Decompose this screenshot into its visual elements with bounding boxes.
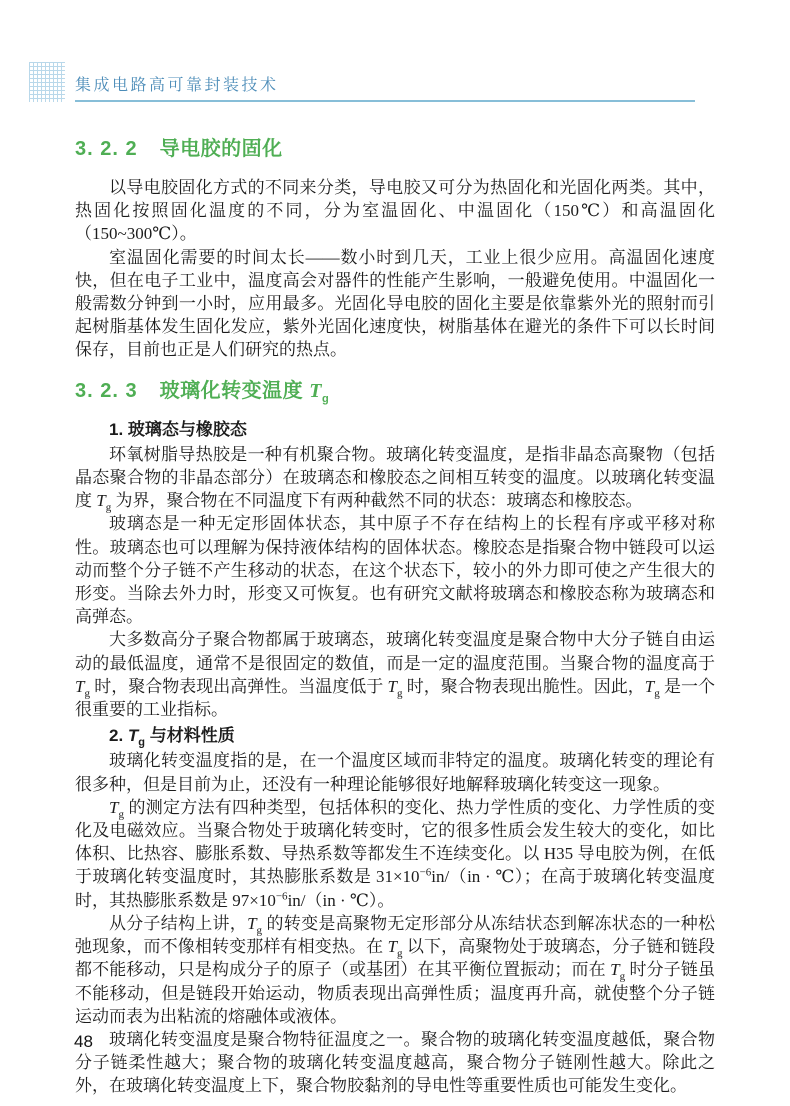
- header-rule: [75, 100, 695, 102]
- section-title: 玻璃化转变温度 Tg: [160, 380, 330, 402]
- paragraph: 玻璃化转变温度指的是，在一个温度区域而非特定的温度。玻璃化转变的理论有很多种，但…: [75, 749, 715, 795]
- paragraph: 室温固化需要的时间太长——数小时到几天，工业上很少应用。高温固化速度快，但在电子…: [75, 246, 715, 362]
- section-title: 导电胶的固化: [160, 138, 283, 160]
- section-number: 3. 2. 2: [75, 138, 138, 160]
- page-number: 48: [74, 1032, 93, 1052]
- subsection-heading: 1. 玻璃态与橡胶态: [75, 418, 715, 441]
- section-heading-322: 3. 2. 2 导电胶的固化: [75, 132, 715, 161]
- subsection-heading: 2. Tg 与材料性质: [75, 724, 715, 747]
- paragraph: 玻璃化转变温度是聚合物特征温度之一。聚合物的玻璃化转变温度越低，聚合物分子链柔性…: [75, 1028, 715, 1098]
- running-title: 集成电路高可靠封装技术: [75, 72, 279, 95]
- paragraph: 大多数高分子聚合物都属于玻璃态，玻璃化转变温度是聚合物中大分子链自由运动的最低温…: [75, 628, 715, 721]
- paragraph: Tg 的测定方法有四种类型，包括体积的变化、热力学性质的变化、力学性质的变化及电…: [75, 796, 715, 912]
- paragraph: 玻璃态是一种无定形固体状态，其中原子不存在结构上的长程有序或平移对称性。玻璃态也…: [75, 512, 715, 628]
- paragraph: 以导电胶固化方式的不同来分类，导电胶又可分为热固化和光固化两类。其中，热固化按照…: [75, 176, 715, 246]
- grid-decoration-icon: [29, 62, 65, 102]
- paragraph: 从分子结构上讲，Tg 的转变是高聚物无定形部分从冻结状态到解冻状态的一种松弛现象…: [75, 912, 715, 1028]
- section-number: 3. 2. 3: [75, 380, 138, 402]
- book-page: { "header": { "running_title": "集成电路高可靠封…: [0, 0, 790, 1106]
- paragraph: 环氧树脂导热胶是一种有机聚合物。玻璃化转变温度，是指非晶态高聚物（包括晶态聚合物…: [75, 443, 715, 513]
- section-heading-323: 3. 2. 3 玻璃化转变温度 Tg: [75, 374, 715, 403]
- page-content: 3. 2. 2 导电胶的固化 以导电胶固化方式的不同来分类，导电胶又可分为热固化…: [75, 120, 715, 1098]
